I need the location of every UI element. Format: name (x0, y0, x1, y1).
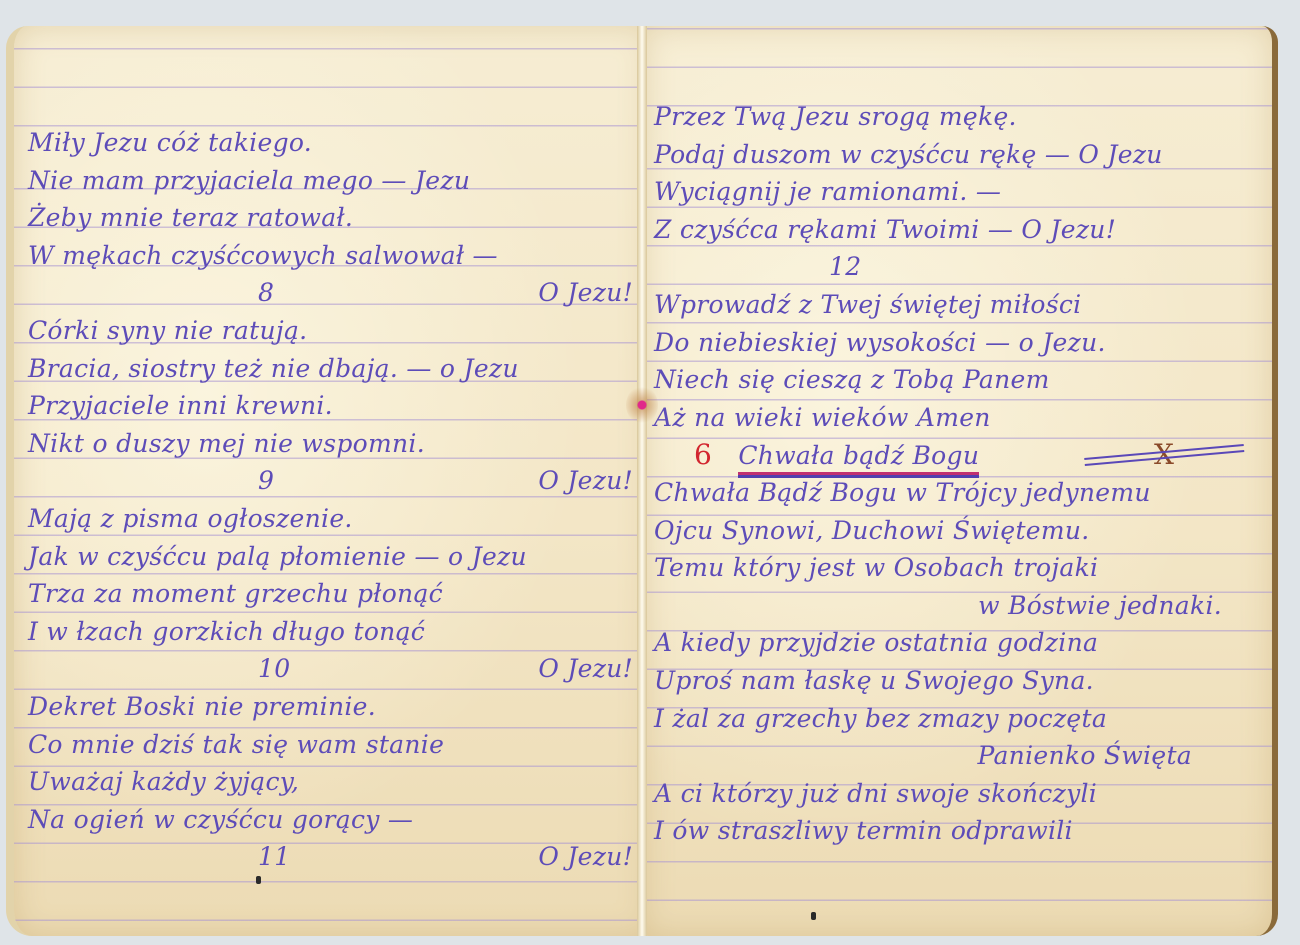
text-line: Na ogień w czyśćcu gorący — (28, 801, 639, 839)
refrain: O Jezu! (538, 274, 633, 312)
text-line: I w łzach gorzkich długo tonąć (28, 613, 639, 651)
right-page: Przez Twą Jezu srogą mękę. Podaj duszom … (644, 26, 1278, 936)
text-line: A kiedy przyjdzie ostatnia godzina (654, 624, 1262, 662)
stanza-number: 8 (258, 274, 274, 312)
text-line: Żeby mnie teraz ratował. (28, 199, 639, 237)
hymn-number: 6 (694, 438, 712, 471)
ink-speck (811, 912, 816, 920)
text-line: Miły Jezu cóż takiego. (28, 124, 639, 162)
text-line: A ci którzy już dni swoje skończyli (654, 775, 1262, 813)
text-line: I żal za grzechy bez zmazy poczęta (654, 700, 1262, 738)
ink-speck (256, 876, 261, 884)
stanza-number: 12 (829, 248, 861, 286)
text-line: Trza za moment grzechu płonąć (28, 575, 639, 613)
stanza-number-line: 9 O Jezu! (28, 462, 639, 500)
text-line: Uważaj każdy żyjący, (28, 763, 639, 801)
text-line: Uproś nam łaskę u Swojego Syna. (654, 662, 1262, 700)
text-line: w Bóstwie jednaki. (654, 587, 1262, 625)
left-page-text: Miły Jezu cóż takiego. Nie mam przyjacie… (28, 124, 639, 876)
text-line: Nikt o duszy mej nie wspomni. (28, 425, 639, 463)
text-line: Do niebieskiej wysokości — o Jezu. (654, 324, 1262, 362)
right-page-text: Przez Twą Jezu srogą mękę. Podaj duszom … (654, 98, 1262, 850)
text-line: Temu który jest w Osobach trojaki (654, 549, 1262, 587)
text-line: Mają z pisma ogłoszenie. (28, 500, 639, 538)
stanza-number-line: 10 O Jezu! (28, 650, 639, 688)
text-line: Nie mam przyjaciela mego — Jezu (28, 162, 639, 200)
refrain: O Jezu! (538, 462, 633, 500)
stanza-number-line: 12 (654, 248, 1262, 286)
text-line: Dekret Boski nie preminie. (28, 688, 639, 726)
text-line: W mękach czyśćcowych salwował — (28, 237, 639, 275)
x-mark-icon: X (1154, 436, 1174, 474)
refrain: O Jezu! (538, 650, 633, 688)
text-line: Wyciągnij je ramionami. — (654, 173, 1262, 211)
stanza-number-line: 8 O Jezu! (28, 274, 639, 312)
stanza-number-line: 11 O Jezu! (28, 838, 639, 876)
hymn-title-line: 6 Chwała bądź Bogu X (654, 436, 1262, 474)
text-line: I ów straszliwy termin odprawili (654, 812, 1262, 850)
text-line: Przyjaciele inni krewni. (28, 387, 639, 425)
text-line: Co mnie dziś tak się wam stanie (28, 726, 639, 764)
text-line: Aż na wieki wieków Amen (654, 399, 1262, 437)
text-line: Niech się cieszą z Tobą Panem (654, 361, 1262, 399)
text-line: Córki syny nie ratują. (28, 312, 639, 350)
stanza-number: 10 (258, 650, 290, 688)
text-line: Bracia, siostry też nie dbają. — o Jezu (28, 350, 639, 388)
stanza-number: 11 (258, 838, 290, 876)
text-line: Z czyśćca rękami Twoimi — O Jezu! (654, 211, 1262, 249)
stanza-number: 9 (258, 462, 274, 500)
text-line: Panienko Święta (654, 737, 1262, 775)
text-line: Przez Twą Jezu srogą mękę. (654, 98, 1262, 136)
hymn-title: Chwała bądź Bogu (738, 440, 979, 475)
stain-mark (626, 386, 658, 424)
text-line: Ojcu Synowi, Duchowi Świętemu. (654, 512, 1262, 550)
text-line: Podaj duszom w czyśćcu rękę — O Jezu (654, 136, 1262, 174)
left-page: Miły Jezu cóż takiego. Nie mam przyjacie… (6, 26, 649, 936)
notebook-spread: Miły Jezu cóż takiego. Nie mam przyjacie… (6, 26, 1288, 936)
text-line: Wprowadź z Twej świętej miłości (654, 286, 1262, 324)
refrain: O Jezu! (538, 838, 633, 876)
text-line: Jak w czyśćcu palą płomienie — o Jezu (28, 538, 639, 576)
text-line: Chwała Bądź Bogu w Trójcy jedynemu (654, 474, 1262, 512)
notebook-spine (637, 26, 647, 936)
